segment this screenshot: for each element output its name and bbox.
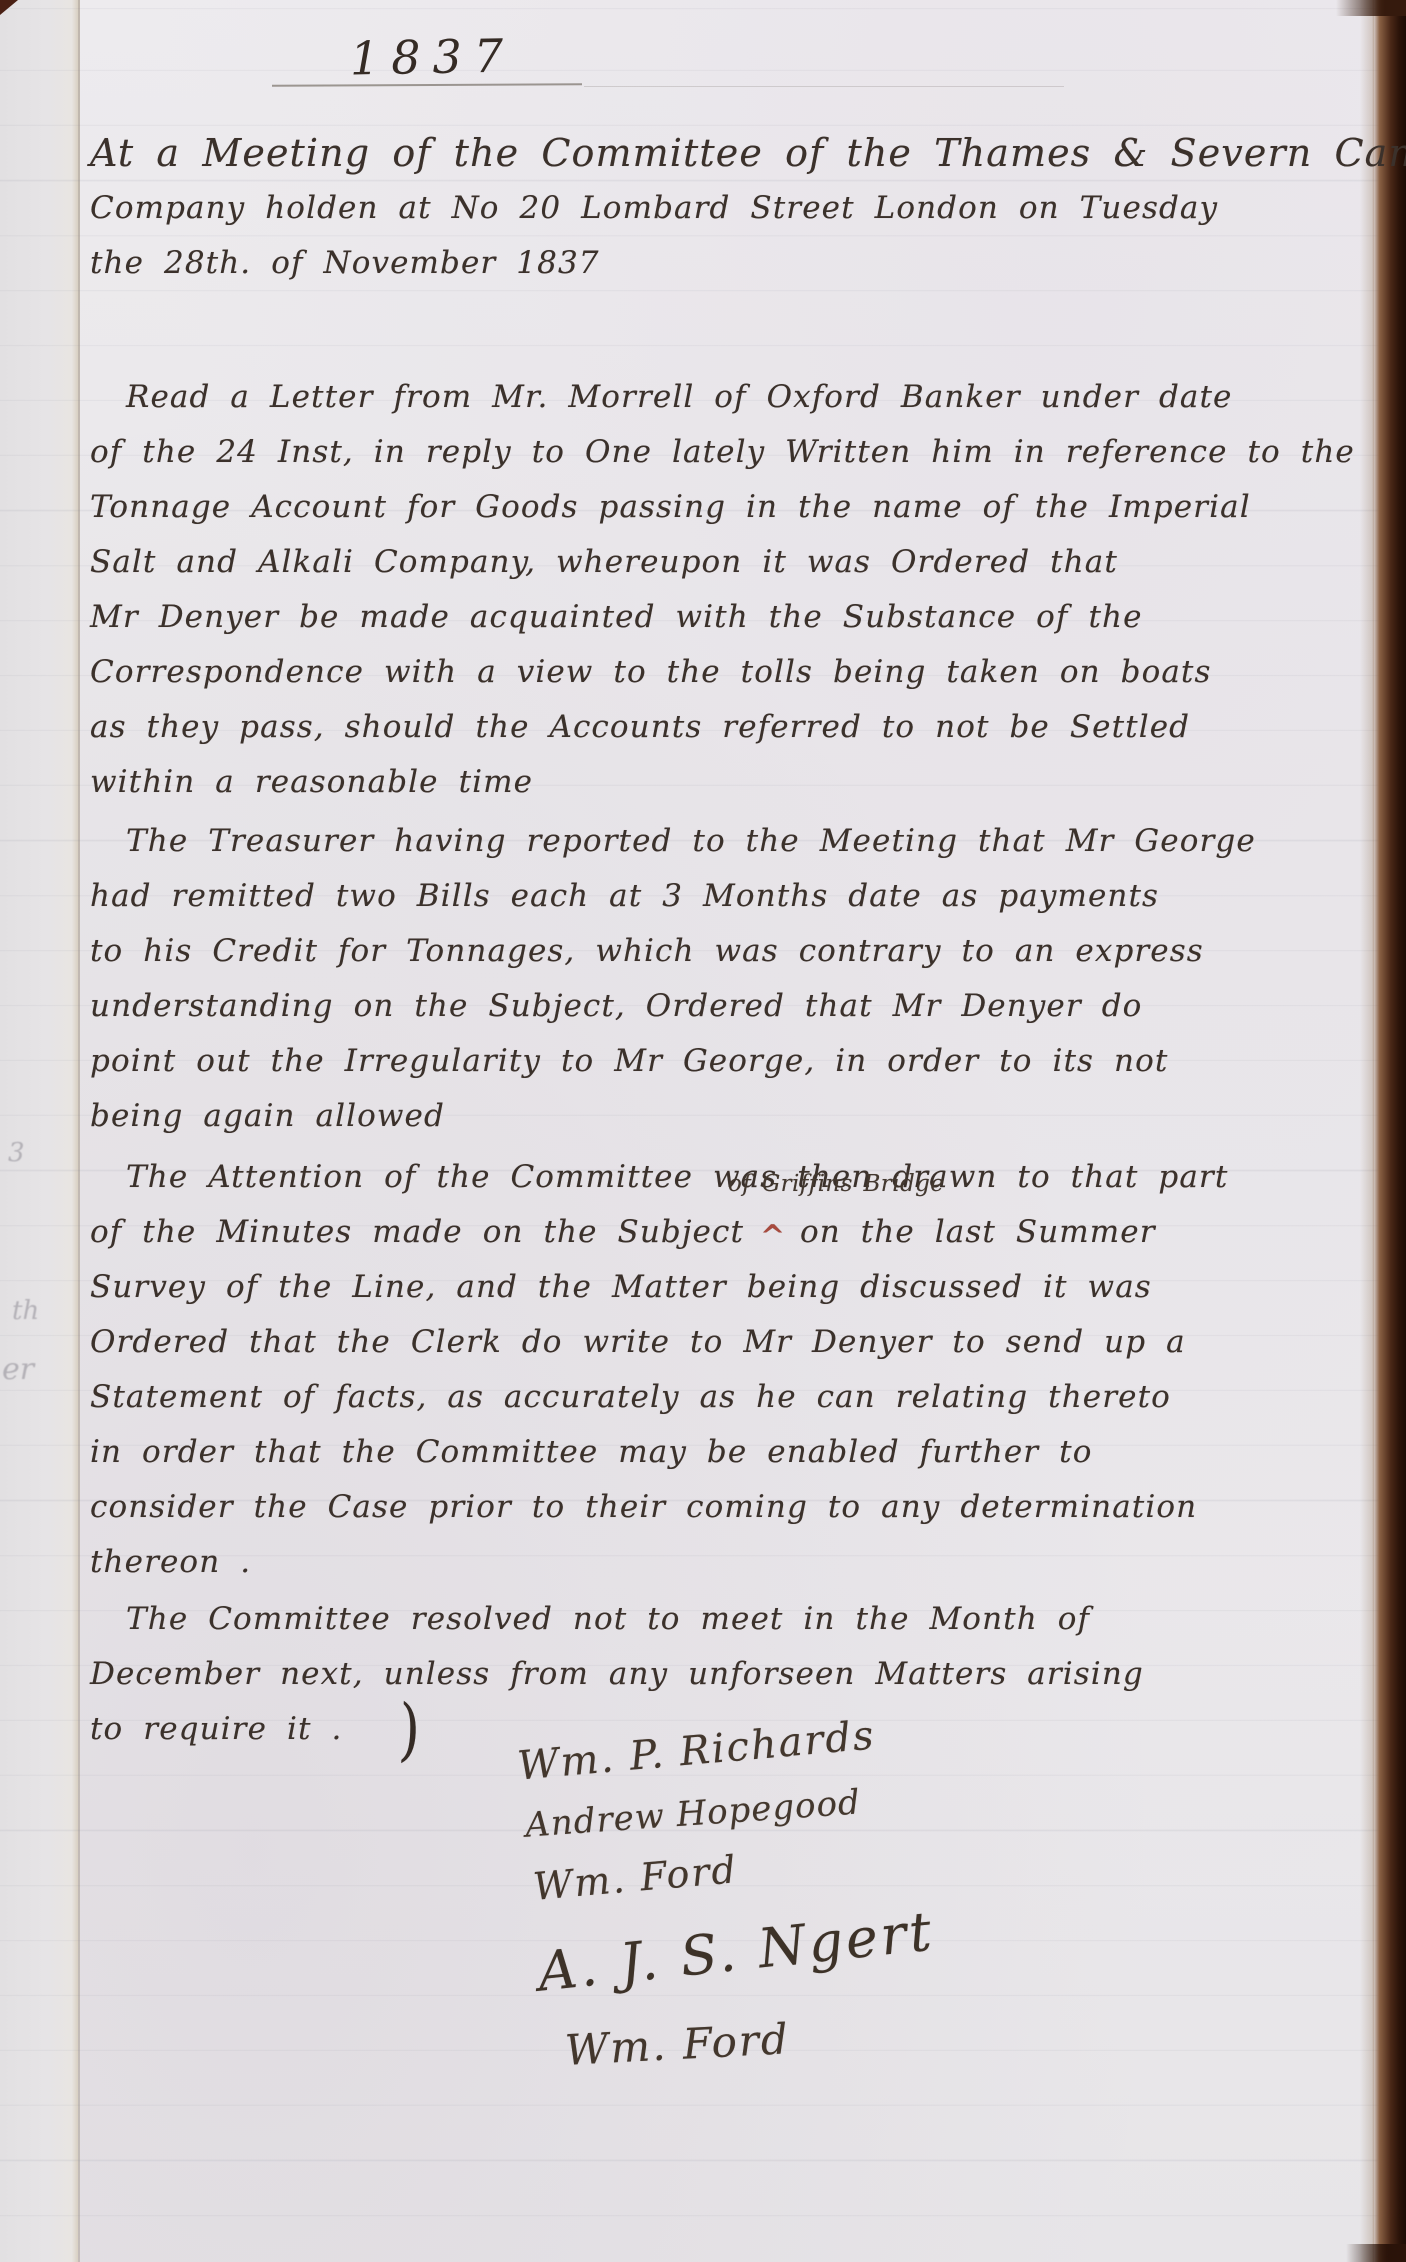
bottom-right-corner-shadow [1346, 2244, 1406, 2262]
top-right-corner-shadow [1336, 0, 1406, 16]
manuscript-line: had remitted two Bills each at 3 Months … [90, 869, 1345, 924]
signature: Wm. Ford [564, 2014, 791, 2075]
manuscript-line: December next, unless from any unforseen… [90, 1647, 1345, 1702]
manuscript-line: Survey of the Line, and the Matter being… [90, 1260, 1345, 1315]
treasurer-paragraph: The Treasurer having reported to the Mee… [90, 814, 1345, 1144]
line-text-after-insertion: on the last Summer [800, 1214, 1156, 1250]
margin-ghost-mark: er [2, 1352, 34, 1387]
closing-bracket-flourish: ) [398, 1702, 422, 1758]
insertion-point: of Griffins Bridge ^ [764, 1211, 780, 1242]
manuscript-line: as they pass, should the Accounts referr… [90, 700, 1345, 755]
insertion-caret-mark: ^ [760, 1209, 786, 1264]
signature: Wm. Ford [531, 1847, 739, 1909]
opening-paragraph: At a Meeting of the Committee of the Tha… [90, 126, 1345, 291]
manuscript-line: The Attention of the Committee was then … [90, 1150, 1345, 1205]
manuscript-line: point out the Irregularity to Mr George,… [90, 1034, 1345, 1089]
margin-ghost-mark: th [12, 1296, 39, 1326]
manuscript-line: The Committee resolved not to meet in th… [90, 1592, 1345, 1647]
manuscript-line: At a Meeting of the Committee of the Tha… [90, 126, 1345, 181]
margin-ghost-mark: 3 [8, 1138, 25, 1168]
manuscript-line: Tonnage Account for Goods passing in the… [90, 480, 1345, 535]
heading-underline-faint [584, 86, 1064, 87]
manuscript-line: thereon . [90, 1535, 1345, 1590]
manuscript-page: 3 th er 1837 At a Meeting of the Committ… [0, 0, 1406, 2262]
manuscript-line: understanding on the Subject, Ordered th… [90, 979, 1345, 1034]
manuscript-line: the 28th. of November 1837 [90, 236, 1345, 291]
signature: A. J. S. Ngert [535, 1899, 937, 2003]
signature: Andrew Hopegood [524, 1782, 862, 1845]
manuscript-line: consider the Case prior to their coming … [90, 1480, 1345, 1535]
year-heading: 1837 [350, 29, 516, 86]
manuscript-line: being again allowed [90, 1089, 1345, 1144]
manuscript-line: Statement of facts, as accurately as he … [90, 1370, 1345, 1425]
manuscript-line-with-insertion: of the Minutes made on the Subject of Gr… [90, 1205, 1345, 1260]
margin-rule-line [78, 0, 80, 2262]
heading-underline [272, 83, 582, 87]
line-text-before-insertion: of the Minutes made on the Subject [90, 1214, 744, 1250]
manuscript-line: Salt and Alkali Company, whereupon it wa… [90, 535, 1345, 590]
line-text: to require it . [90, 1711, 342, 1747]
manuscript-line: The Treasurer having reported to the Mee… [90, 814, 1345, 869]
manuscript-line: in order that the Committee may be enabl… [90, 1425, 1345, 1480]
interlinear-insertion-text: of Griffins Bridge [728, 1157, 944, 1212]
manuscript-line: Read a Letter from Mr. Morrell of Oxford… [90, 370, 1345, 425]
morrell-letter-paragraph: Read a Letter from Mr. Morrell of Oxford… [90, 370, 1345, 810]
manuscript-line: Ordered that the Clerk do write to Mr De… [90, 1315, 1345, 1370]
manuscript-line: to his Credit for Tonnages, which was co… [90, 924, 1345, 979]
manuscript-line: within a reasonable time [90, 755, 1345, 810]
griffins-bridge-paragraph: The Attention of the Committee was then … [90, 1150, 1345, 1590]
manuscript-line: Company holden at No 20 Lombard Street L… [90, 181, 1345, 236]
left-page-edge [0, 0, 78, 2262]
manuscript-line: of the 24 Inst, in reply to One lately W… [90, 425, 1345, 480]
book-binding-edge [1372, 0, 1406, 2262]
manuscript-line: Correspondence with a view to the tolls … [90, 645, 1345, 700]
manuscript-line: Mr Denyer be made acquainted with the Su… [90, 590, 1345, 645]
